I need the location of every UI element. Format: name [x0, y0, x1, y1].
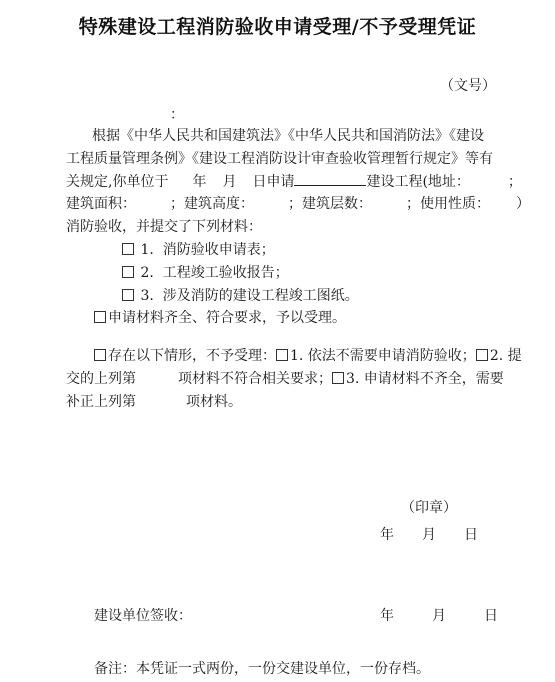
reject-line3: 补正上列第项材料。 [66, 391, 242, 414]
close-paren: ） [516, 196, 530, 212]
reject-option-3-checkbox[interactable] [332, 372, 344, 384]
accept-checkbox[interactable] [94, 311, 106, 323]
year-label: 年 [380, 527, 394, 543]
para1-line4: 建筑面积：；建筑高度：；建筑层数：；使用性质：） [66, 193, 530, 216]
item-label: 消防验收申请表； [163, 242, 275, 258]
floors-label: ；建筑层数： [288, 196, 372, 212]
year-label: 年 [380, 608, 394, 624]
addressee-colon: ： [170, 104, 184, 127]
reject-line1: 存在以下情形，不予受理：1. 依法不需要申请消防验收；2. 提 [94, 345, 522, 368]
seal-label: （印章） [401, 497, 457, 520]
reject-label: 存在以下情形，不予受理： [108, 348, 276, 364]
height-label: ；建筑高度： [170, 196, 254, 212]
reject-line3-prefix: 补正上列第 [66, 394, 136, 410]
line3-prefix: 关规定,你单位于 [66, 174, 168, 190]
month-label: 月 [432, 608, 446, 624]
checkbox[interactable] [122, 289, 134, 301]
reject-option-3: 3. 申请材料不齐全，需要 [346, 371, 504, 387]
project-address-label: 建设工程(地址： [366, 174, 469, 190]
para1-line5: 消防验收，并提交了下列材料： [66, 216, 262, 239]
material-item-1: 1. 消防验收申请表； [122, 239, 275, 262]
material-item-3: 3. 涉及消防的建设工程竣工图纸。 [122, 285, 359, 308]
para1-line1: 根据《中华人民共和国建筑法》《中华人民共和国消防法》《建设 [92, 125, 484, 148]
item-number: 3. [140, 288, 153, 304]
para1-line2: 工程质量管理条例》《建设工程消防设计审查验收管理暂行规定》等有 [66, 148, 493, 171]
note: 备注：本凭证一式两份，一份交建设单位，一份存档。 [94, 658, 430, 681]
date-issue: 年月日 [380, 524, 478, 547]
day-label: 日 [484, 608, 498, 624]
item-number: 2. [140, 265, 153, 281]
accept-label: 申请材料齐全、符合要求，予以受理。 [108, 310, 346, 326]
reject-line3-text: 项材料。 [186, 394, 242, 410]
separator: ； [508, 174, 522, 190]
reject-option-2: 2. 提 [490, 348, 522, 364]
day-label: 日 [464, 527, 478, 543]
item-label: 涉及消防的建设工程竣工图纸。 [163, 288, 359, 304]
reject-option-2-checkbox[interactable] [476, 349, 488, 361]
reject-line2: 交的上列第项材料不符合相关要求；3. 申请材料不齐全，需要 [66, 368, 504, 391]
apply-day-label: 日申请 [252, 174, 294, 190]
reject-option-1-checkbox[interactable] [276, 349, 288, 361]
accept-option: 申请材料齐全、符合要求，予以受理。 [94, 307, 346, 330]
reject-line2-prefix: 交的上列第 [66, 371, 136, 387]
material-item-2: 2. 工程竣工验收报告； [122, 262, 289, 285]
usage-label: ；使用性质： [406, 196, 490, 212]
date-signature: 年月日 [380, 605, 498, 628]
doc-number-label: （文号） [440, 75, 496, 98]
year-label: 年 [192, 174, 206, 190]
month-label: 月 [422, 527, 436, 543]
area-label: 建筑面积： [66, 196, 136, 212]
para1-line3: 关规定,你单位于年月日申请建设工程(地址：； [66, 171, 522, 194]
reject-option-1: 1. 依法不需要申请消防验收； [290, 348, 476, 364]
checkbox[interactable] [122, 266, 134, 278]
document-title: 特殊建设工程消防验收申请受理/不予受理凭证 [0, 12, 555, 39]
checkbox[interactable] [122, 243, 134, 255]
month-label: 月 [222, 174, 236, 190]
item-label: 工程竣工验收报告； [163, 265, 289, 281]
reject-line2-text: 项材料不符合相关要求； [178, 371, 332, 387]
item-number: 1. [140, 242, 153, 258]
project-name-blank[interactable] [294, 171, 366, 186]
reject-checkbox[interactable] [94, 349, 106, 361]
signature-label: 建设单位签收： [94, 605, 192, 628]
